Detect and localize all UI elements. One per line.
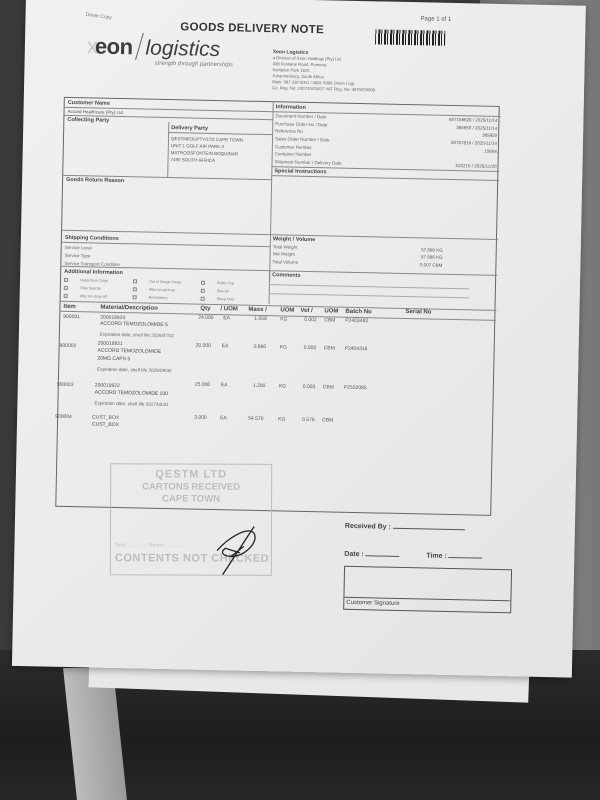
col-batch: Batch No bbox=[345, 309, 371, 316]
time-field[interactable]: Time : bbox=[426, 551, 483, 561]
collecting-party-header: Collecting Party bbox=[67, 117, 109, 124]
expiry-date: Expiration date, shelf life 2026/07/31 bbox=[100, 330, 175, 341]
description: CUST_BOX bbox=[92, 420, 119, 430]
checkbox-special[interactable]: Special bbox=[201, 289, 229, 294]
info-label: Customer Number bbox=[275, 144, 312, 150]
volume: 0.002 bbox=[304, 345, 317, 351]
received-by-field[interactable]: Received By : bbox=[345, 521, 465, 533]
date-field[interactable]: Date : bbox=[344, 549, 400, 559]
special-instructions-header: Special Instructions bbox=[274, 168, 326, 175]
stamp-line: Time: ............. Signed: ............… bbox=[115, 542, 185, 548]
company-address: Xeon Logistics a Division of Xeon Holdin… bbox=[272, 49, 376, 93]
description: ACCORD TEMOZOLOMIDE 5 bbox=[100, 320, 168, 330]
col-vol-uom: UOM bbox=[324, 308, 338, 314]
received-by-input[interactable] bbox=[393, 522, 465, 531]
volume-uom: CBM bbox=[324, 345, 335, 351]
info-label: Document Number / Date bbox=[275, 114, 326, 120]
item-number: 900002 bbox=[60, 343, 77, 349]
barcode bbox=[375, 29, 445, 45]
delivery-form: Customer Name Accord Healthcare (Pty) Lt… bbox=[55, 97, 499, 516]
mass-uom: KG bbox=[280, 344, 287, 350]
uom: EA bbox=[220, 415, 227, 421]
info-label: Container Number bbox=[275, 152, 312, 158]
stamp-line: CARTONS RECEIVED bbox=[111, 481, 271, 493]
item-number: 900001 bbox=[63, 314, 80, 320]
weight-unit: KG bbox=[436, 255, 443, 260]
weight-unit: CBM bbox=[432, 263, 442, 268]
mass: 54.570 bbox=[248, 416, 263, 422]
mass-uom: KG bbox=[279, 383, 286, 389]
delivery-party-header: Delivery Party bbox=[171, 125, 208, 132]
date-input[interactable] bbox=[366, 549, 400, 557]
divider bbox=[271, 175, 499, 181]
handwritten-signature-icon bbox=[209, 516, 270, 577]
company-line: Kempton Park 1620 bbox=[272, 67, 309, 73]
volume-uom: CBM bbox=[324, 317, 335, 323]
mass: 1.058 bbox=[254, 316, 267, 322]
checkbox-public-trip[interactable]: Public Trip bbox=[201, 281, 234, 286]
shipping-conditions-header: Shipping Conditions bbox=[65, 235, 119, 242]
col-vol: Vol / bbox=[300, 308, 312, 314]
quantity: 3.000 bbox=[194, 415, 207, 421]
weight-volume-list: Total Weight57.686 KG Net Weight57.586 K… bbox=[272, 243, 442, 269]
col-mass: Mass / bbox=[248, 307, 266, 313]
info-value: 365650 / 2025/11/14 bbox=[456, 125, 497, 131]
info-label: Sales Order Number / Date bbox=[275, 136, 330, 142]
divider bbox=[269, 270, 271, 304]
logo-eon: eon bbox=[95, 33, 133, 59]
company-line: Johannesburg, South Africa bbox=[272, 73, 324, 79]
col-material: Material/Description bbox=[100, 305, 157, 312]
checkbox-re-delivery[interactable]: Re-Delivery bbox=[133, 295, 168, 300]
customer-signature-caption: Customer Signature bbox=[346, 600, 399, 607]
logo-separator bbox=[135, 33, 144, 60]
mass: 1.200 bbox=[253, 383, 266, 389]
stamp-line: QESTM LTD bbox=[111, 468, 271, 481]
description: ACCORD TEMOZOLOMIDE 100 bbox=[95, 389, 168, 400]
volume: 0.002 bbox=[304, 317, 317, 323]
volume-uom: CBM bbox=[323, 384, 334, 390]
copy-label: Driver Copy bbox=[85, 12, 112, 21]
info-value: 15604 bbox=[484, 148, 497, 153]
goods-return-reason-header: Goods Return Reason bbox=[66, 177, 124, 184]
logo-logistics: logistics bbox=[145, 37, 220, 62]
company-logo: xeonlogistics bbox=[87, 31, 221, 62]
col-qty: Qty bbox=[200, 306, 210, 312]
mass-uom: KG bbox=[278, 416, 285, 422]
divider bbox=[167, 122, 169, 177]
weight-value: 0.007 bbox=[420, 262, 431, 267]
col-uom: / UOM bbox=[220, 306, 237, 312]
comments-header: Comments bbox=[272, 272, 301, 279]
weight-value: 57.586 bbox=[421, 255, 435, 260]
weight-label: Total Volume bbox=[272, 258, 298, 267]
batch-number: P2404316 bbox=[345, 346, 368, 352]
col-item: Item bbox=[63, 304, 75, 310]
customer-name-header: Customer Name bbox=[68, 100, 110, 107]
delivery-party-address: QESTMEDUPTY/LTD CAPE TOWN UNIT 1 GOLF AI… bbox=[170, 135, 243, 165]
batch-number: P2502085 bbox=[344, 385, 367, 391]
checkbox-time-specific[interactable]: Time Specific bbox=[64, 286, 102, 291]
comment-line bbox=[269, 284, 469, 289]
time-label: Time : bbox=[426, 553, 447, 560]
expiry-date: Expiration date, shelf life 2026/09/30 bbox=[97, 365, 172, 376]
item-number: 900004 bbox=[55, 414, 72, 420]
weight-volume-header: Weight / Volume bbox=[273, 236, 315, 243]
batch-number: P2403483 bbox=[345, 318, 368, 324]
stamp-line: CAPE TOWN bbox=[111, 493, 271, 505]
delivery-note-sheet: Driver Copy GOODS DELIVERY NOTE Page 1 o… bbox=[12, 0, 586, 678]
mass-uom: KG bbox=[280, 316, 287, 322]
description: 20MG CAPS 5 bbox=[97, 355, 130, 365]
volume: 0.003 bbox=[303, 384, 316, 390]
comment-line bbox=[269, 293, 469, 298]
checkbox-out-of-gauge-cargo[interactable]: Out of Gauge Cargo bbox=[133, 279, 181, 284]
info-label: Reference No bbox=[275, 129, 303, 135]
additional-information-header: Additional Information bbox=[64, 269, 123, 276]
logo-tagline: strength through partnerships bbox=[155, 61, 233, 69]
checkbox-sleep-over[interactable]: Sleep Over bbox=[201, 297, 235, 302]
company-line: Co. Reg. No: 2007/03/23/07 VAT Reg. No: … bbox=[272, 85, 375, 92]
col-mass-uom: UOM bbox=[280, 307, 294, 313]
checkbox-hazardous-cargo[interactable]: Hazardous Cargo bbox=[64, 278, 108, 283]
information-list: Document Number / Date807158628 / 2025/1… bbox=[274, 112, 497, 170]
weight-unit: KG bbox=[436, 247, 443, 252]
mass: 0.860 bbox=[254, 344, 267, 350]
checkbox-after-hrs-dropoff[interactable]: After hrs drop-off bbox=[64, 294, 107, 299]
expiry-date: Expiration date, shelf life 2027/05/31 bbox=[94, 399, 169, 410]
date-label: Date : bbox=[344, 551, 364, 558]
info-value: 365650 bbox=[482, 133, 497, 138]
uom: EA bbox=[223, 315, 230, 321]
info-value: 50787818 / 2025/11/14 bbox=[451, 140, 497, 146]
information-header: Information bbox=[276, 104, 306, 111]
customer-signature-box[interactable]: Customer Signature bbox=[343, 566, 512, 614]
time-input[interactable] bbox=[449, 551, 483, 559]
col-serial: Serial No bbox=[405, 309, 431, 316]
quantity: 25.000 bbox=[195, 382, 210, 388]
info-value: 522218 / 2025/11/20 bbox=[455, 163, 496, 169]
info-label: Purchase Order No / Date bbox=[275, 121, 327, 127]
item-number: 900003 bbox=[57, 382, 74, 388]
quantity: 24.000 bbox=[198, 315, 213, 321]
info-value: 807158628 / 2025/11/14 bbox=[449, 117, 498, 123]
uom: EA bbox=[221, 382, 228, 388]
volume: 0.576 bbox=[302, 417, 315, 423]
quantity: 20.000 bbox=[196, 343, 211, 349]
received-by-label: Received By : bbox=[345, 523, 391, 531]
volume-uom: CBM bbox=[322, 417, 333, 423]
checkbox-after-hrs-pickup[interactable]: After hrs pick-up bbox=[133, 287, 175, 292]
weight-value: 57.686 bbox=[421, 247, 435, 252]
info-label: Shipment Number / Delivery Date bbox=[274, 159, 341, 165]
uom: EA bbox=[222, 343, 229, 349]
page-number: Page 1 of 1 bbox=[420, 16, 451, 23]
